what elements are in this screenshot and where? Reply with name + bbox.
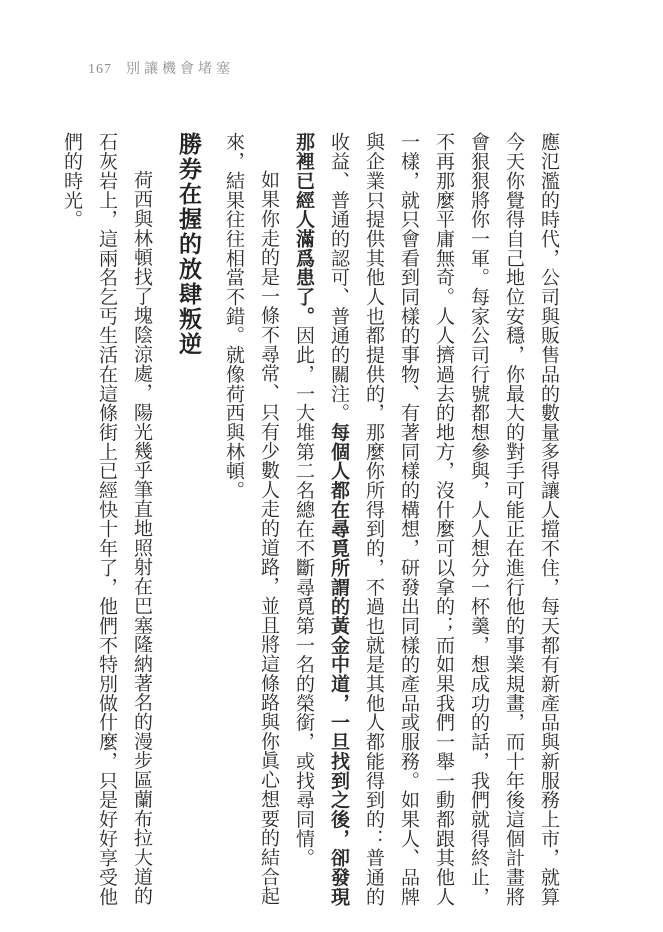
paragraph: 荷西與林頓找了塊陰涼處，陽光幾乎筆直地照射在巴塞隆納著名的漫步區蘭布拉大道的石灰… (54, 132, 159, 906)
paragraph: 如果你走的是一條不尋常、只有少數人走的道路，並且將這條路與你眞心想要的結合起來，… (216, 132, 286, 906)
paragraph-text: 應氾濫的時代，公司與販售品的數量多得讓人擋不住，每天都有新產品與新服務上市，就算… (328, 132, 559, 906)
section-heading: 勝券在握的放肆叛逆 (172, 132, 205, 906)
running-title: 別讓機會堵塞 (126, 62, 234, 77)
paragraph-continuation: 應氾濫的時代，公司與販售品的數量多得讓人擋不住，每天都有新產品與新服務上市，就算… (286, 132, 566, 906)
book-page: 167別讓機會堵塞 應氾濫的時代，公司與販售品的數量多得讓人擋不住，每天都有新產… (0, 0, 663, 932)
paragraph-text: 因此，一大堆第二名總在不斷尋覓第一名的榮銜，或找尋同情。 (293, 326, 314, 868)
running-head: 167別讓機會堵塞 (88, 58, 234, 78)
page-number: 167 (88, 62, 112, 77)
body-text: 應氾濫的時代，公司與販售品的數量多得讓人擋不住，每天都有新產品與新服務上市，就算… (54, 132, 566, 906)
